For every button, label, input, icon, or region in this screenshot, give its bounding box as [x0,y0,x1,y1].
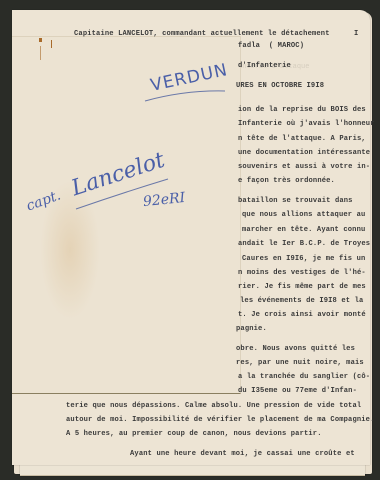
body-line: souvenirs et aussi à votre in- [238,163,370,171]
body-line: andait le Ier B.C.P. de Troyes [238,240,370,248]
footer-line: A 5 heures, au premier coup de canon, no… [66,430,322,438]
body-line: n tête de l'attaque. A Paris, [238,135,366,143]
body-line: du I35eme ou 77eme d'Infan- [238,387,357,395]
body-line: marcher en tête. Ayant connu [242,226,365,234]
page-number: I [354,30,358,38]
header-line: fadla ( MAROC) [238,42,304,50]
body-line: une documentation intéressante [238,149,370,157]
body-line: Caures en I9I6, je me fis un [242,255,365,263]
staple-mark [51,40,52,48]
body-line: les événements de I9I8 et la [240,297,363,305]
body-line: ion de la reprise du BOIS des [238,106,366,114]
verdun-underline [140,85,230,105]
body-line: a la tranchée du sanglier (cô- [238,373,370,381]
header-line: Capitaine LANCELOT, commandant actuellem… [74,30,330,38]
footer-line: Ayant une heure devant moi, je cassai un… [130,450,355,458]
header-line: d'Infanterie [238,62,291,70]
footer-line: terie que nous dépassions. Calme absolu.… [66,402,361,410]
staple-mark [39,38,42,42]
body-line: t. Je crois ainsi avoir monté [238,311,366,319]
body-line: obre. Nous avons quitté les [236,345,355,353]
body-line: Infanterie où j'avais l'honneur [238,120,375,128]
body-line: e façon très ordonnée. [238,177,335,185]
body-line: rier. Je fis même part de mes [238,283,366,291]
body-line: pagnie. [236,325,267,333]
body-line: n moins des vestiges de l'hé- [238,269,366,277]
body-line: res, par une nuit noire, mais [236,359,364,367]
body-line: que nous allions attaquer au [242,211,365,219]
footer-line: autour de moi. Impossibilité de vérifier… [66,416,375,424]
staple-mark [40,46,41,60]
body-line: bataillon se trouvait dans [238,197,353,205]
header-line: URES EN OCTOBRE I9I8 [236,82,324,90]
